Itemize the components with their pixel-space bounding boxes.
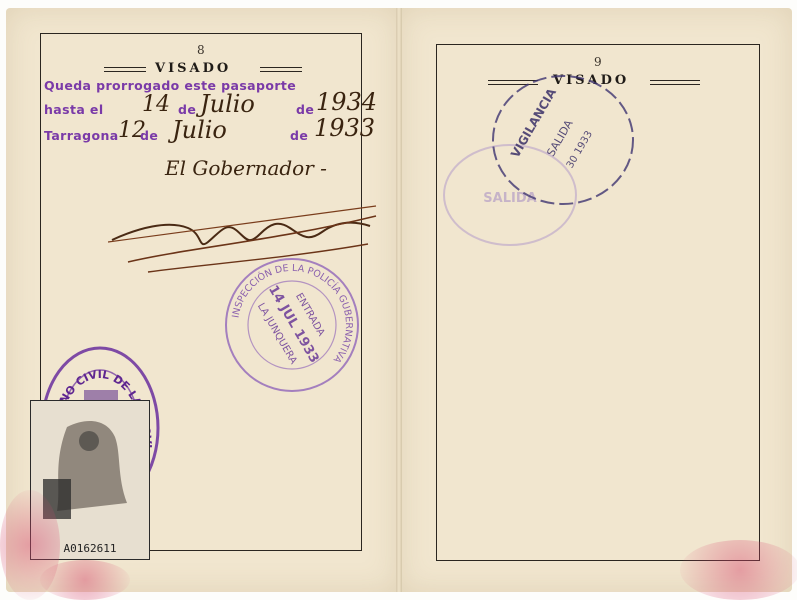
extension-de-4: de [290,128,308,143]
heading-rule-left [104,67,146,72]
extension-de-3: de [140,128,158,143]
svg-text:30 1933: 30 1933 [565,129,595,170]
right-heading-rule-right [650,80,700,85]
extension-until-day: 14 [142,92,170,117]
heading-rule-right [260,67,302,72]
signatory-title: El Gobernador - [165,156,327,180]
ink-stain [40,560,130,600]
extension-de-1: de [178,102,196,117]
extension-until-month: Julio [200,90,255,118]
left-page-number: 8 [197,43,205,57]
extension-until-year: 1934 [316,88,377,116]
book-gutter [396,8,402,592]
extension-until-label: hasta el [44,102,104,117]
right-page-number: 9 [594,55,602,69]
extension-line-1: Queda prorrogado este pasaporte [44,78,296,93]
left-visado-heading: VISADO [155,61,231,76]
extension-issue-year: 1933 [314,114,375,142]
ink-stain [680,540,797,600]
extension-de-2: de [296,102,314,117]
police-entry-stamp: INSPECCIÓN DE LA POLICÍA GUBERNATIVA ENT… [222,255,362,395]
extension-issue-month: Julio [172,116,227,144]
extension-place: Tarragona [44,128,119,143]
vigilance-exit-stamp: VIGILANCIA SALIDA 30 1933 [486,70,640,210]
